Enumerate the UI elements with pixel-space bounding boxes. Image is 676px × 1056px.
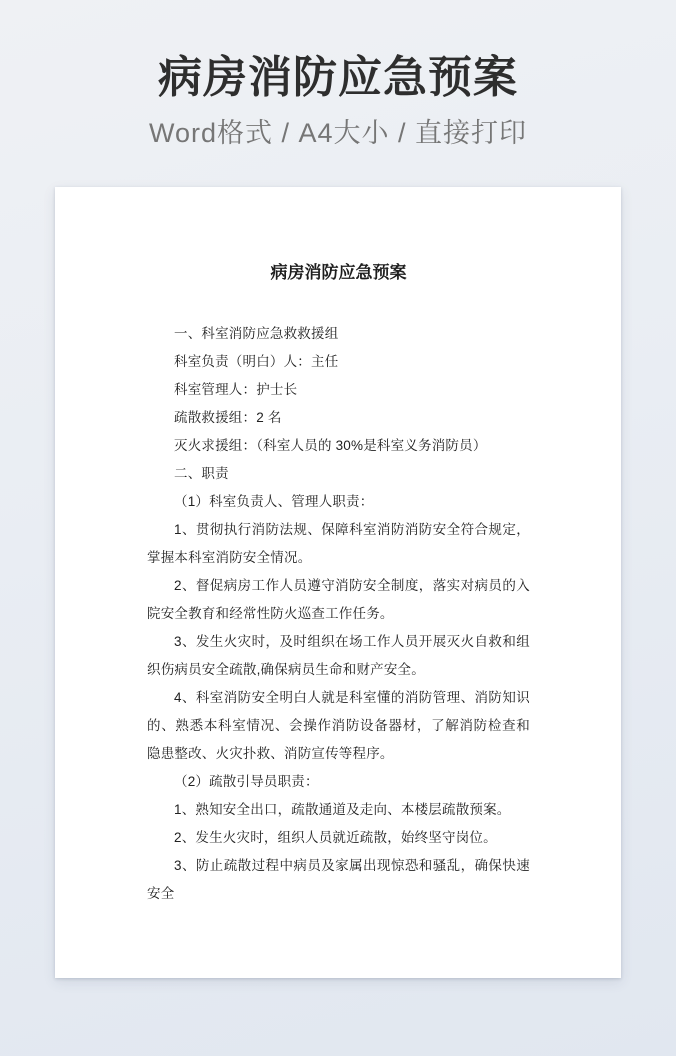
document-paragraph: 2、督促病房工作人员遵守消防安全制度，落实对病员的入院安全教育和经常性防火巡查工… — [147, 572, 530, 628]
document-paragraph: 灭火求援组：（科室人员的 30%是科室义务消防员） — [147, 432, 530, 460]
document-page: 病房消防应急预案 一、科室消防应急救救援组科室负责（明白）人：主任科室管理人：护… — [55, 187, 621, 978]
document-paragraph: 2、发生火灾时，组织人员就近疏散，始终坚守岗位。 — [147, 824, 530, 852]
document-paragraph: 二、职责 — [147, 460, 530, 488]
document-paragraph: 3、防止疏散过程中病员及家属出现惊恐和骚乱，确保快速安全 — [147, 852, 530, 908]
document-paragraph: 4、科室消防安全明白人就是科室懂的消防管理、消防知识的、熟悉本科室情况、会操作消… — [147, 684, 530, 768]
template-subtitle: Word格式 / A4大小 / 直接打印 — [0, 111, 676, 150]
document-paragraph: 科室管理人：护士长 — [147, 376, 530, 404]
template-title: 病房消防应急预案 — [0, 50, 676, 106]
document-paragraph: 科室负责（明白）人：主任 — [147, 348, 530, 376]
document-title: 病房消防应急预案 — [147, 259, 530, 287]
document-content: 病房消防应急预案 一、科室消防应急救救援组科室负责（明白）人：主任科室管理人：护… — [55, 187, 621, 908]
document-paragraph: 3、发生火灾时，及时组织在场工作人员开展灭火自救和组织伤病员安全疏散,确保病员生… — [147, 628, 530, 684]
document-paragraph: 一、科室消防应急救救援组 — [147, 320, 530, 348]
template-header: 病房消防应急预案 Word格式 / A4大小 / 直接打印 — [0, 0, 676, 150]
document-paragraph: 疏散救援组：2 名 — [147, 404, 530, 432]
document-paragraph: 1、熟知安全出口，疏散通道及走向、本楼层疏散预案。 — [147, 796, 530, 824]
document-body: 一、科室消防应急救救援组科室负责（明白）人：主任科室管理人：护士长疏散救援组：2… — [147, 320, 530, 908]
document-paragraph: （2）疏散引导员职责： — [147, 768, 530, 796]
document-paragraph: 1、贯彻执行消防法规、保障科室消防消防安全符合规定，掌握本科室消防安全情况。 — [147, 516, 530, 572]
document-paragraph: （1）科室负责人、管理人职责： — [147, 488, 530, 516]
